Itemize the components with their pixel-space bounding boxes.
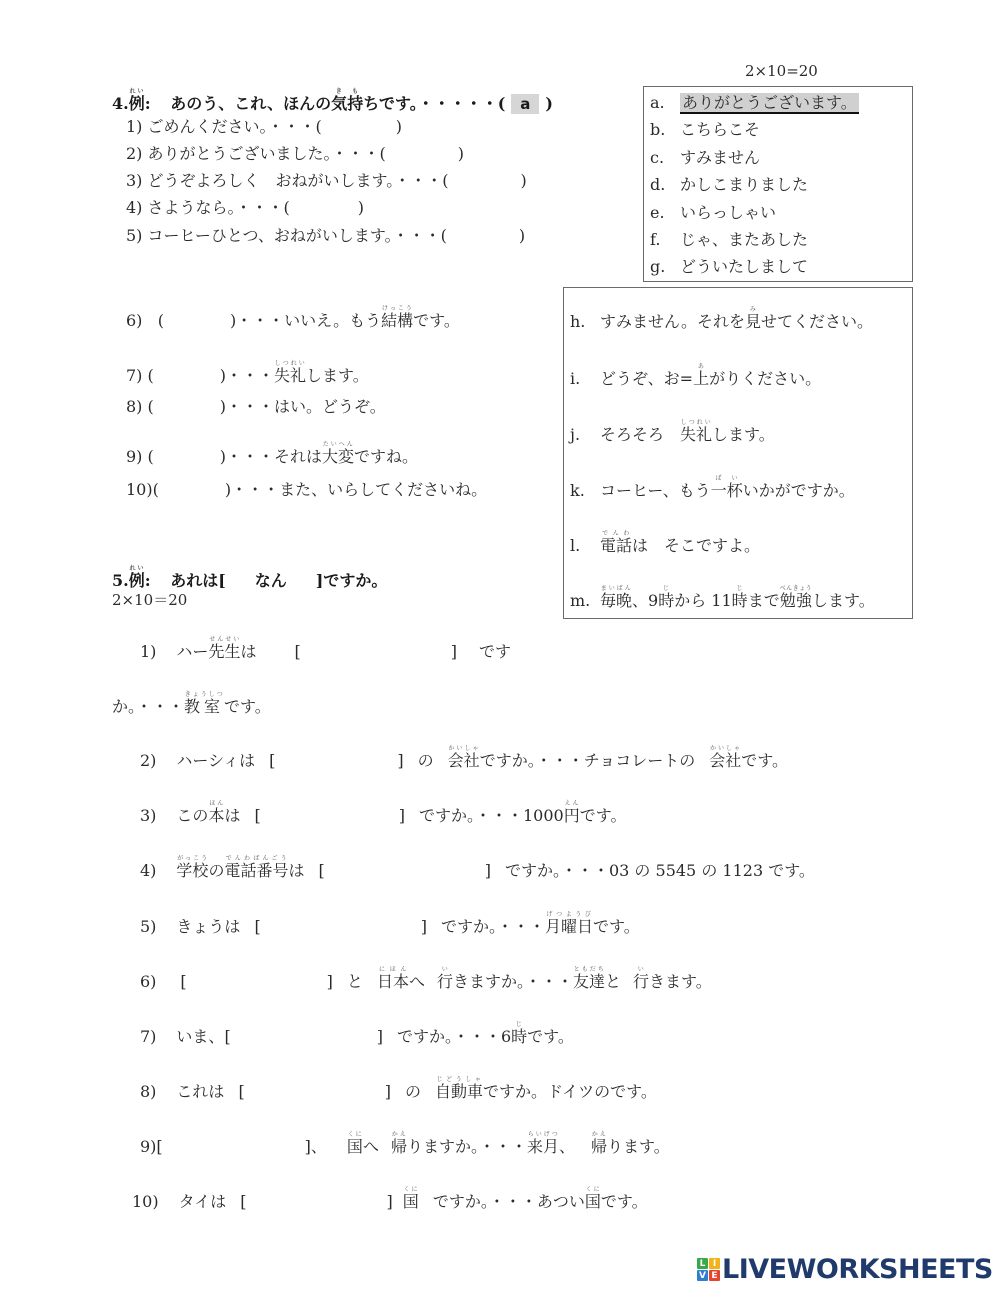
question-5-8: 8)これは[]の自動車じどうしゃですか。ドイツのです。 bbox=[140, 1076, 657, 1102]
options-box-h-m: h.すみません。それを見みせてください。 i.どうぞ、お=上あがりください。 j… bbox=[563, 287, 913, 619]
option-k: k.コーヒー、もう一杯ぱいいかがですか。 bbox=[570, 475, 855, 501]
question-4-3: 3) どうぞよろしく おねがいします。・・・() bbox=[126, 171, 527, 191]
section4-score-note: 2×10=20 bbox=[745, 62, 818, 80]
option-a-text-highlighted: ありがとうございます。 bbox=[680, 93, 859, 114]
option-f: f.じゃ、またあした bbox=[650, 230, 808, 250]
option-g: g.どういたしまして bbox=[650, 257, 808, 277]
example-answer: なん bbox=[226, 571, 316, 591]
question-5-1: 1)ハー先生せんせいは[]です bbox=[140, 636, 511, 662]
option-b: b.こちらこそ bbox=[650, 120, 760, 140]
question-5-5: 5)きょうは[]ですか。・・・月曜日げつようびです。 bbox=[140, 911, 640, 937]
question-4-5: 5) コーヒーひとつ、おねがいします。・・・() bbox=[126, 226, 525, 246]
liveworksheets-logo: L I V E LIVEWORKSHEETS bbox=[697, 1254, 993, 1285]
question-5-4: 4)学校がっこうの電話番号でんわばんごうは[]ですか。・・・03 の 5545 … bbox=[140, 855, 815, 881]
example-label: 例れい bbox=[129, 94, 145, 113]
section5-score-note: 2×10＝20 bbox=[112, 590, 187, 610]
question-5-3: 3)この本ほんは[]ですか。・・・1000円えんです。 bbox=[140, 800, 626, 826]
question-5-6: 6)[]と日本にほんへ行いきますか。・・・友達ともだちと行いきます。 bbox=[140, 966, 712, 992]
option-h: h.すみません。それを見みせてください。 bbox=[570, 306, 873, 332]
section4-example: 4.例れい: あのう、これ、ほんの気き持もちです。・・・・・(a) bbox=[112, 88, 553, 114]
question-4-2: 2) ありがとうございました。・・・() bbox=[126, 144, 464, 164]
option-d: d.かしこまりました bbox=[650, 175, 808, 195]
section5-example: 5.例れい: あれは[なん]ですか。 bbox=[112, 565, 387, 591]
section-number: 5. bbox=[112, 571, 129, 590]
question-4-4: 4) さようなら。・・・() bbox=[126, 198, 364, 218]
question-4-9: 9) ()・・・それは大変たいへんですね。 bbox=[126, 441, 418, 467]
question-5-1-continuation: か。・・・教室きょうしつです。 bbox=[112, 691, 271, 717]
logo-text: LIVEWORKSHEETS bbox=[722, 1254, 993, 1285]
question-4-1: 1) ごめんください。・・・() bbox=[126, 117, 402, 137]
option-e: e.いらっしゃい bbox=[650, 203, 776, 223]
option-a: a.ありがとうございます。 bbox=[650, 93, 859, 113]
question-5-9: 9)[]、国くにへ帰かえりますか。・・・来月らいげつ、帰かえります。 bbox=[140, 1131, 670, 1157]
question-4-7: 7) ()・・・失礼しつれいします。 bbox=[126, 360, 369, 386]
question-4-6: 6) ()・・・いいえ。もう結構けっこうです。 bbox=[126, 305, 460, 331]
section-number: 4. bbox=[112, 94, 129, 113]
question-4-10: 10)()・・・また、いらしてくださいね。 bbox=[126, 480, 487, 500]
example-answer-slot: a bbox=[511, 94, 539, 114]
question-5-7: 7)いま、[]ですか。・・・6時じです。 bbox=[140, 1021, 574, 1047]
live-tiles-icon: L I V E bbox=[697, 1258, 720, 1281]
option-l: l.電話でんわは そこですよ。 bbox=[570, 530, 760, 556]
question-5-10: 10)タイは[]国くにですか。・・・あつい国くにです。 bbox=[132, 1186, 648, 1212]
option-j: j.そろそろ 失礼しつれいします。 bbox=[570, 419, 775, 445]
option-i: i.どうぞ、お=上あがりください。 bbox=[570, 363, 821, 389]
option-c: c.すみません bbox=[650, 148, 760, 168]
question-4-8: 8) ()・・・はい。どうぞ。 bbox=[126, 397, 386, 417]
option-m: m.毎晩まいばん、9時じから 11時じまで勉強べんきょうします。 bbox=[570, 585, 875, 611]
question-5-2: 2)ハーシィは[]の会社かいしゃですか。・・・チョコレートの会社かいしゃです。 bbox=[140, 745, 788, 771]
options-box-a-g: a.ありがとうございます。 b.こちらこそ c.すみません d.かしこまりました… bbox=[643, 86, 913, 282]
